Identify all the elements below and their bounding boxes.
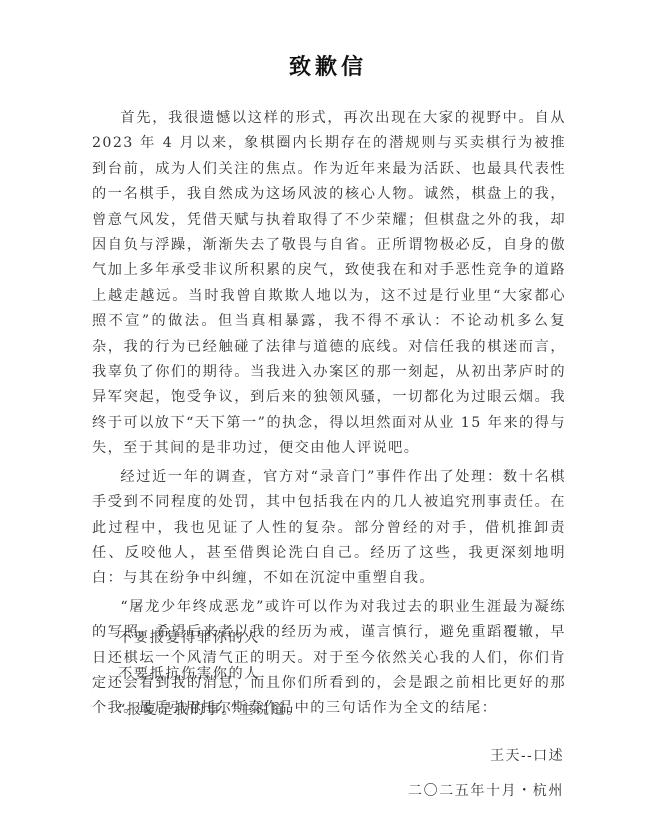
closing-quotes: 不要报复得罪你的人 不要抵抗伤害你的人 “报复是我的事。”主说道。 xyxy=(118,628,302,736)
letter-page: 致歉信 首先，我很遗憾以这样的形式，再次出现在大家的视野中。自从 2023 年 … xyxy=(0,0,656,820)
paragraph: 经过近一年的调查，官方对“录音门”事件作出了处理：数十名棋手受到不同程度的处罚，… xyxy=(92,465,566,592)
quote-line: “报复是我的事。”主说道。 xyxy=(118,700,302,736)
signature: 王天--口述 xyxy=(490,745,564,765)
quote-line: 不要报复得罪你的人 xyxy=(118,628,302,664)
quote-line: 不要抵抗伤害你的人 xyxy=(118,664,302,700)
letter-title: 致歉信 xyxy=(0,50,656,81)
paragraph: 首先，我很遗憾以这样的形式，再次出现在大家的视野中。自从 2023 年 4 月以… xyxy=(92,106,566,462)
date-place: 二〇二五年十月・杭州 xyxy=(408,780,564,800)
